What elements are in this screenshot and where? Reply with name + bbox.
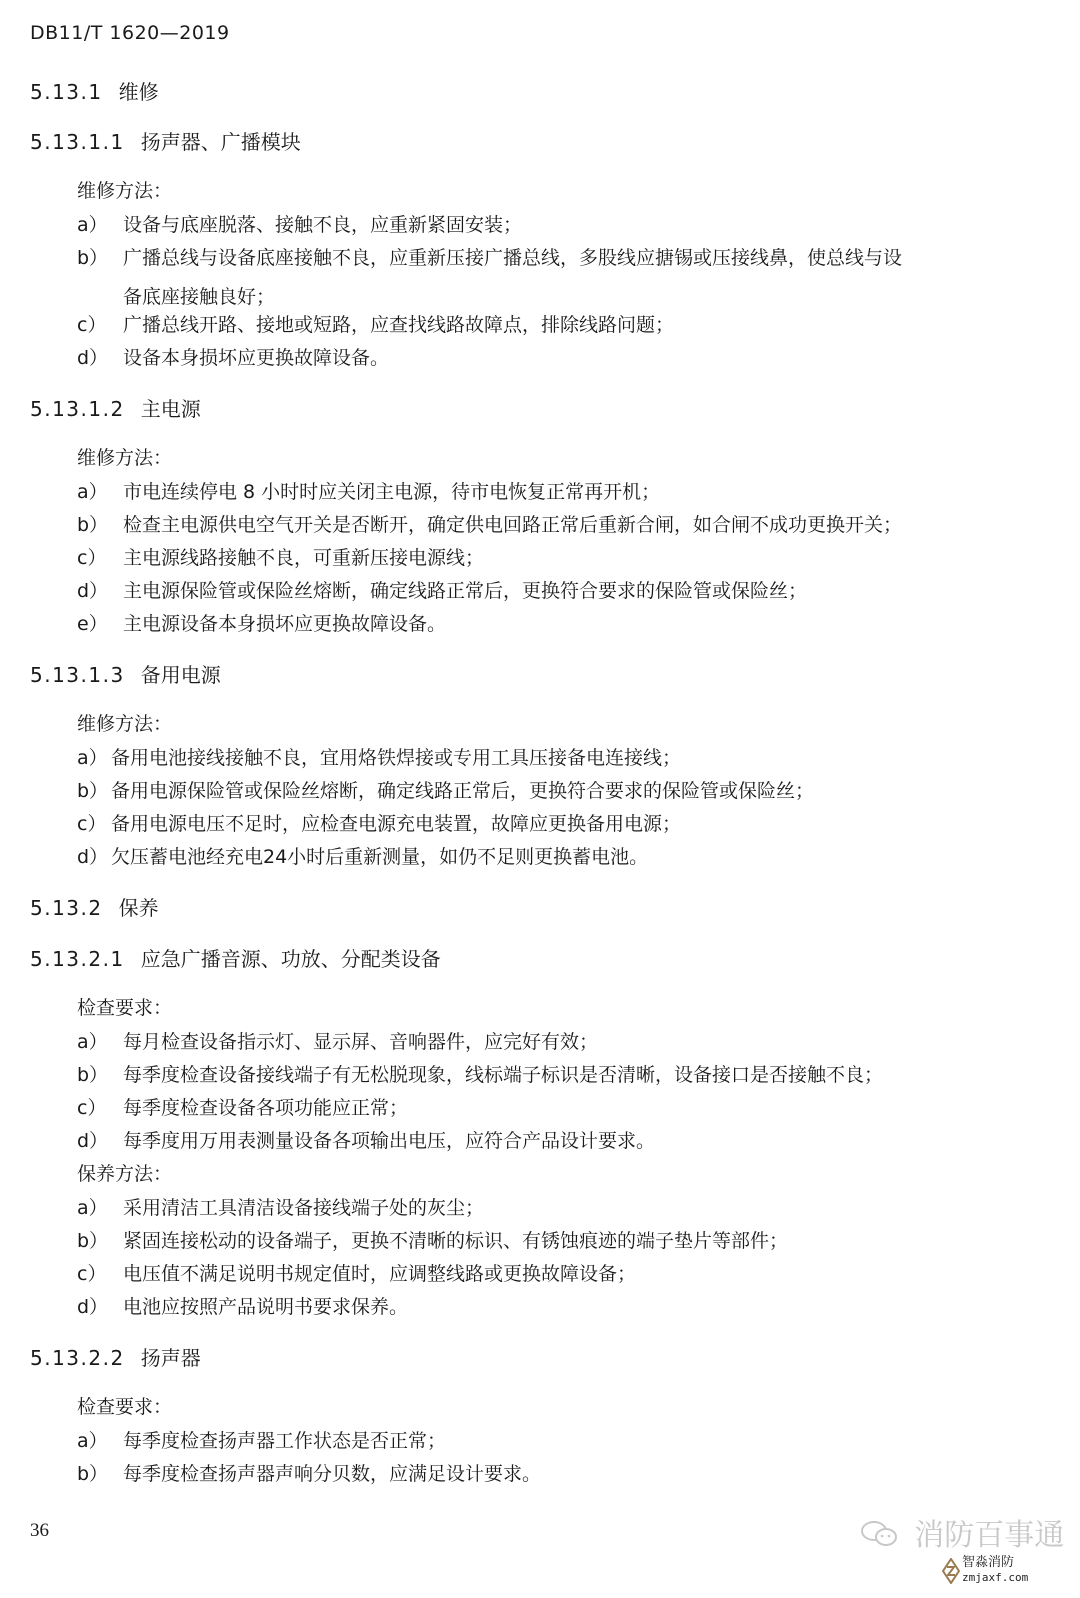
list-item: d）电池应按照产品说明书要求保养。 (77, 1292, 408, 1319)
item-text: 备用电池接线接触不良，宜用烙铁焊接或专用工具压接备电连接线； (111, 747, 681, 769)
section-heading-5-13-2-2: 5.13.2.2扬声器 (30, 1342, 201, 1371)
section-title: 扬声器、广播模块 (141, 130, 301, 154)
item-marker: a） (77, 743, 111, 770)
section-number: 5.13.1.2 (30, 397, 125, 421)
section-heading-5-13-1-3: 5.13.1.3备用电源 (30, 659, 221, 688)
item-marker: d） (77, 842, 111, 869)
item-text: 广播总线与设备底座接触不良，应重新压接广播总线，多股线应搪锡或压接线鼻，使总线与… (123, 247, 902, 269)
page-number: 36 (30, 1520, 49, 1542)
item-marker: c） (77, 543, 123, 570)
maintenance-label: 保养方法： (77, 1159, 172, 1186)
item-text: 主电源保险管或保险丝熔断，确定线路正常后，更换符合要求的保险管或保险丝； (123, 580, 807, 602)
check-label: 检查要求： (77, 993, 172, 1020)
list-item: a）市电连续停电 8 小时时应关闭主电源，待市电恢复正常再开机； (77, 477, 660, 504)
item-text-continuation: 备底座接触良好； (77, 282, 902, 309)
list-item: a）设备与底座脱落、接触不良，应重新紧固安装； (77, 210, 522, 237)
section-title: 主电源 (141, 397, 201, 421)
brand-name: 智淼消防 (962, 1555, 1028, 1570)
item-marker: b） (77, 1060, 123, 1087)
list-item: c）广播总线开路、接地或短路，应查找线路故障点，排除线路问题； (77, 310, 674, 337)
item-marker: c） (77, 310, 123, 337)
list-item: d）主电源保险管或保险丝熔断，确定线路正常后，更换符合要求的保险管或保险丝； (77, 576, 807, 603)
item-marker: a） (77, 1426, 123, 1453)
list-item: b）广播总线与设备底座接触不良，应重新压接广播总线，多股线应搪锡或压接线鼻，使总… (77, 243, 902, 309)
item-text: 电压值不满足说明书规定值时，应调整线路或更换故障设备； (123, 1263, 636, 1285)
watermark: 消防百事通 (860, 1510, 1064, 1554)
section-number: 5.13.2.2 (30, 1346, 125, 1370)
item-marker: b） (77, 243, 123, 270)
list-item: c）每季度检查设备各项功能应正常； (77, 1093, 408, 1120)
item-marker: d） (77, 343, 123, 370)
watermark-text: 消防百事通 (914, 1518, 1064, 1553)
item-text: 市电连续停电 8 小时时应关闭主电源，待市电恢复正常再开机； (123, 481, 660, 503)
item-text: 欠压蓄电池经充电24小时后重新测量，如仍不足则更换蓄电池。 (111, 846, 648, 868)
section-number: 5.13.1.1 (30, 130, 125, 154)
item-marker: a） (77, 1193, 123, 1220)
brand-logo-icon (942, 1558, 960, 1584)
item-text: 设备本身损坏应更换故障设备。 (123, 347, 389, 369)
list-item: a）采用清洁工具清洁设备接线端子处的灰尘； (77, 1193, 484, 1220)
method-label: 维修方法： (77, 709, 172, 736)
section-title: 扬声器 (141, 1346, 201, 1370)
section-heading-5-13-2: 5.13.2保养 (30, 892, 159, 921)
item-marker: c） (77, 809, 111, 836)
section-title: 维修 (119, 80, 159, 104)
item-text: 紧固连接松动的设备端子，更换不清晰的标识、有锈蚀痕迹的端子垫片等部件； (123, 1230, 788, 1252)
item-text: 设备与底座脱落、接触不良，应重新紧固安装； (123, 214, 522, 236)
wechat-icon (860, 1522, 908, 1552)
item-text: 主电源线路接触不良，可重新压接电源线； (123, 547, 484, 569)
check-label: 检查要求： (77, 1392, 172, 1419)
item-text: 每季度检查扬声器工作状态是否正常； (123, 1430, 446, 1452)
item-text: 每季度检查设备各项功能应正常； (123, 1097, 408, 1119)
item-marker: d） (77, 1292, 123, 1319)
item-text: 备用电源保险管或保险丝熔断，确定线路正常后，更换符合要求的保险管或保险丝； (111, 780, 814, 802)
list-item: b）检查主电源供电空气开关是否断开，确定供电回路正常后重新合闸，如合闸不成功更换… (77, 510, 902, 537)
item-text: 每季度用万用表测量设备各项输出电压，应符合产品设计要求。 (123, 1130, 655, 1152)
item-marker: a） (77, 1027, 123, 1054)
item-marker: b） (77, 776, 111, 803)
item-text: 采用清洁工具清洁设备接线端子处的灰尘； (123, 1197, 484, 1219)
list-item: d）设备本身损坏应更换故障设备。 (77, 343, 389, 370)
list-item: c）主电源线路接触不良，可重新压接电源线； (77, 543, 484, 570)
section-number: 5.13.1 (30, 80, 103, 104)
item-text: 主电源设备本身损坏应更换故障设备。 (123, 613, 446, 635)
section-title: 备用电源 (141, 663, 221, 687)
item-text: 每月检查设备指示灯、显示屏、音响器件，应完好有效； (123, 1031, 598, 1053)
list-item: a）备用电池接线接触不良，宜用烙铁焊接或专用工具压接备电连接线； (77, 743, 681, 770)
item-marker: b） (77, 1459, 123, 1486)
section-title: 应急广播音源、功放、分配类设备 (141, 947, 441, 971)
section-number: 5.13.2.1 (30, 947, 125, 971)
list-item: c）电压值不满足说明书规定值时，应调整线路或更换故障设备； (77, 1259, 636, 1286)
section-heading-5-13-1-1: 5.13.1.1扬声器、广播模块 (30, 126, 301, 155)
item-marker: e） (77, 609, 123, 636)
item-text: 每季度检查扬声器声响分贝数，应满足设计要求。 (123, 1463, 541, 1485)
section-heading-5-13-1-2: 5.13.1.2主电源 (30, 393, 201, 422)
brand-domain: zmjaxf.com (962, 1570, 1028, 1585)
list-item: a）每月检查设备指示灯、显示屏、音响器件，应完好有效； (77, 1027, 598, 1054)
method-label: 维修方法： (77, 176, 172, 203)
brand-block: 智淼消防 zmjaxf.com (962, 1555, 1028, 1585)
item-text: 每季度检查设备接线端子有无松脱现象，线标端子标识是否清晰，设备接口是否接触不良； (123, 1064, 883, 1086)
item-marker: c） (77, 1093, 123, 1120)
item-marker: c） (77, 1259, 123, 1286)
standard-code: DB11/T 1620—2019 (30, 22, 230, 44)
section-title: 保养 (119, 896, 159, 920)
item-marker: d） (77, 576, 123, 603)
list-item: b）每季度检查扬声器声响分贝数，应满足设计要求。 (77, 1459, 541, 1486)
item-text: 广播总线开路、接地或短路，应查找线路故障点，排除线路问题； (123, 314, 674, 336)
item-text: 电池应按照产品说明书要求保养。 (123, 1296, 408, 1318)
list-item: d）欠压蓄电池经充电24小时后重新测量，如仍不足则更换蓄电池。 (77, 842, 648, 869)
item-marker: a） (77, 210, 123, 237)
list-item: b）备用电源保险管或保险丝熔断，确定线路正常后，更换符合要求的保险管或保险丝； (77, 776, 814, 803)
document-page: DB11/T 1620—2019 5.13.1维修 5.13.1.1扬声器、广播… (0, 0, 1080, 1598)
list-item: a）每季度检查扬声器工作状态是否正常； (77, 1426, 446, 1453)
method-label: 维修方法： (77, 443, 172, 470)
item-text: 检查主电源供电空气开关是否断开，确定供电回路正常后重新合闸，如合闸不成功更换开关… (123, 514, 902, 536)
list-item: b）紧固连接松动的设备端子，更换不清晰的标识、有锈蚀痕迹的端子垫片等部件； (77, 1226, 788, 1253)
section-number: 5.13.2 (30, 896, 103, 920)
item-marker: b） (77, 510, 123, 537)
section-number: 5.13.1.3 (30, 663, 125, 687)
item-marker: a） (77, 477, 123, 504)
item-marker: b） (77, 1226, 123, 1253)
list-item: d）每季度用万用表测量设备各项输出电压，应符合产品设计要求。 (77, 1126, 655, 1153)
section-heading-5-13-1: 5.13.1维修 (30, 76, 159, 105)
item-text: 备用电源电压不足时，应检查电源充电装置，故障应更换备用电源； (111, 813, 681, 835)
list-item: e）主电源设备本身损坏应更换故障设备。 (77, 609, 446, 636)
list-item: b）每季度检查设备接线端子有无松脱现象，线标端子标识是否清晰，设备接口是否接触不… (77, 1060, 883, 1087)
list-item: c）备用电源电压不足时，应检查电源充电装置，故障应更换备用电源； (77, 809, 681, 836)
item-marker: d） (77, 1126, 123, 1153)
section-heading-5-13-2-1: 5.13.2.1应急广播音源、功放、分配类设备 (30, 943, 441, 972)
